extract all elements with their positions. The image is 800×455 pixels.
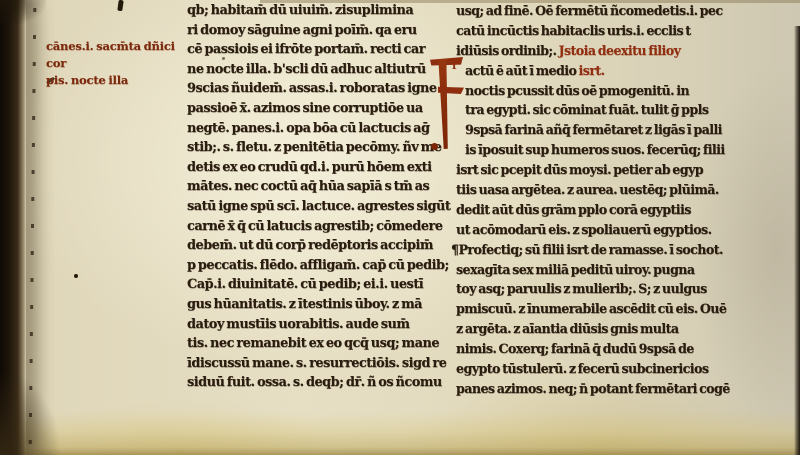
guide-letter-f: f	[452, 59, 457, 72]
manuscript-line: debem̄. ut dū corp̄ redēptoris accipim̄	[187, 238, 449, 258]
manuscript-line: usq; ad finē. Oē fermētū ñcomedetis.i. p…	[456, 3, 750, 23]
manuscript-line: toy asq; paruulis z mulierib;. S; z uulg…	[456, 281, 750, 301]
manuscript-line: gus hūanitatis. z ītestinis ūboy. z mā	[187, 297, 449, 317]
ink-fleck	[117, 0, 123, 11]
manuscript-line: panes azimos. neq; n̄ potant fermētari c…	[456, 381, 750, 401]
ink-text: 9spsā farinā añq̄ fermētaret z ligās ī p…	[465, 122, 722, 137]
binding-corner-top	[0, 0, 46, 26]
manuscript-line: negtē. panes.i. opa bōa cū lactucis aḡ	[187, 121, 449, 141]
manuscript-line: sexagīta sex miliā peditū uiroy. pugna	[456, 262, 750, 282]
ink-text: noctis pcussit dūs oē pmogenitū. in	[465, 83, 689, 98]
margin-note: cānes.i. sacm̄ta dñici cor pis. nocte il…	[46, 38, 196, 89]
ink-text: actū ē aūt ī medio	[465, 63, 576, 78]
ink-text: dedit aūt dūs grām pplo corā egyptiis	[456, 202, 691, 217]
ink-text: tra egypti. sic cōminat fuāt. tulit ḡ pp…	[465, 102, 708, 117]
right-text-column: usq; ad finē. Oē fermētū ñcomedetis.i. p…	[456, 3, 750, 401]
ink-text: tiis uasa argētea. z aurea. uestēq; plūi…	[456, 182, 719, 197]
manuscript-line: egypto tūstulerū. z fecerū subcinericios	[456, 361, 750, 381]
manuscript-line: p peccatis. flēdo. affligam̄. cap̄ cū pe…	[187, 258, 449, 278]
manuscript-line: isrt sic pcepit dūs moysi. petier ab egy…	[456, 162, 750, 182]
manuscript-line: 9spsā farinā añq̄ fermētaret z ligās ī p…	[456, 122, 750, 142]
ink-text: toy asq; paruulis z mulierib;. S; z uulg…	[456, 281, 707, 296]
ink-text: z argēta. z aīantia diūsis gnis multa	[456, 321, 678, 336]
manuscript-line: Cap̄.i. diuinitatē. cū pedib; ei.i. uest…	[187, 277, 449, 297]
manuscript-line: is īposuit sup humeros suos. fecerūq; fi…	[456, 142, 750, 162]
manuscript-page-photo: cānes.i. sacm̄ta dñici cor pis. nocte il…	[0, 0, 800, 455]
manuscript-line: catū incūctis habitaclis uris.i. ecclis …	[456, 23, 750, 43]
manuscript-line: passioē x̄. azimos sine corruptiōe ua	[187, 101, 449, 121]
manuscript-line: actū ē aūt ī medio isrt.	[456, 63, 750, 83]
manuscript-line: ri domoy sāguine agni poīm̄. qa eru	[187, 23, 449, 43]
manuscript-line: z argēta. z aīantia diūsis gnis multa	[456, 321, 750, 341]
manuscript-line: ne nocte illa. b'scli dū adhuc altiutrū	[187, 62, 449, 82]
manuscript-line: detis ex eo crudū qd.i. purū hōem exti	[187, 160, 449, 180]
margin-note-line: cānes.i. sacm̄ta dñici cor	[46, 38, 196, 72]
manuscript-line: ¶Profectiq; sū filii isrt de ramasse. ī …	[451, 242, 750, 262]
manuscript-line: 9scias ñuidem̄. assas.i. roboratas igne	[187, 81, 449, 101]
left-text-column: qb; habitam̄ dū uiuim̄. zisupliminari do…	[187, 3, 449, 395]
manuscript-line: siduū fuit. ossa. s. deqb; dr̄. ñ os ñco…	[187, 375, 449, 395]
manuscript-line: noctis pcussit dūs oē pmogenitū. in	[456, 83, 750, 103]
ink-text: usq; ad finē. Oē fermētū ñcomedetis.i. p…	[456, 3, 723, 18]
ink-text: is īposuit sup humeros suos. fecerūq; fi…	[465, 142, 725, 157]
margin-note-line: pis. nocte illa	[46, 72, 196, 89]
manuscript-line: qb; habitam̄ dū uiuim̄. zisuplimina	[187, 3, 449, 23]
rubric-text: Jstoia deexitu filioy	[556, 43, 680, 58]
manuscript-line: idiūsis ordinib;. Jstoia deexitu filioy	[456, 43, 750, 63]
manuscript-line: satū igne spū scī. lactuce. agrestes sig…	[187, 199, 449, 219]
drop-cap-stem	[437, 59, 449, 149]
drop-cap-terminal	[431, 143, 438, 150]
ink-text: egypto tūstulerū. z fecerū subcinericios	[456, 361, 708, 376]
drop-cap-mid-arm	[438, 86, 464, 94]
manuscript-line: dedit aūt dūs grām pplo corā egyptiis	[456, 202, 750, 222]
page-bottom-edge	[0, 412, 800, 455]
manuscript-line: īdiscussū mane. s. resurrectiōis. sigd r…	[187, 356, 449, 376]
ink-text: panes azimos. neq; n̄ potant fermētari c…	[456, 381, 730, 396]
ink-text: ¶Profectiq; sū filii isrt de ramasse. ī …	[451, 242, 723, 257]
manuscript-line: pmiscuū. z īnumerabile ascēdit cū eis. O…	[456, 301, 750, 321]
manuscript-line: stib;. s. fletu. z penitētia pecōmy. ñv …	[187, 140, 449, 160]
ink-text: pmiscuū. z īnumerabile ascēdit cū eis. O…	[456, 301, 726, 316]
manuscript-line: datoy mustīis uorabitis. aude sum̄	[187, 317, 449, 337]
ink-text: catū incūctis habitaclis uris.i. ecclis …	[456, 23, 691, 38]
ink-text: isrt sic pcepit dūs moysi. petier ab egy…	[456, 162, 703, 177]
ink-text: nimis. Coxerq; farinā q̄ dudū 9spsā de	[456, 341, 694, 356]
manuscript-line: tra egypti. sic cōminat fuāt. tulit ḡ pp…	[456, 102, 750, 122]
manuscript-line: nimis. Coxerq; farinā q̄ dudū 9spsā de	[456, 341, 750, 361]
ink-fleck	[74, 274, 78, 278]
rubric-text: isrt.	[576, 63, 604, 78]
manuscript-line: carnē x̄ q̄ cū latucis agrestib; cōmeder…	[187, 219, 449, 239]
manuscript-line: tiis uasa argētea. z aurea. uestēq; plūi…	[456, 182, 750, 202]
drop-cap-letter: F	[428, 56, 429, 57]
ink-text: sexagīta sex miliā peditū uiroy. pugna	[456, 262, 695, 277]
manuscript-line: ut acōmodarū eis. z spoliauerū egyptios.	[456, 222, 750, 242]
ink-text: ut acōmodarū eis. z spoliauerū egyptios.	[456, 222, 711, 237]
manuscript-line: cē passiois ei ifrōte portam̄. recti car	[187, 42, 449, 62]
ink-text: idiūsis ordinib;.	[456, 43, 556, 58]
manuscript-line: mātes. nec coctū aq̄ hūa sapīā s tm̄ as	[187, 179, 449, 199]
page-right-edge	[794, 26, 800, 455]
manuscript-line: tis. nec remanebit ex eo qcq̄ usq; mane	[187, 336, 449, 356]
